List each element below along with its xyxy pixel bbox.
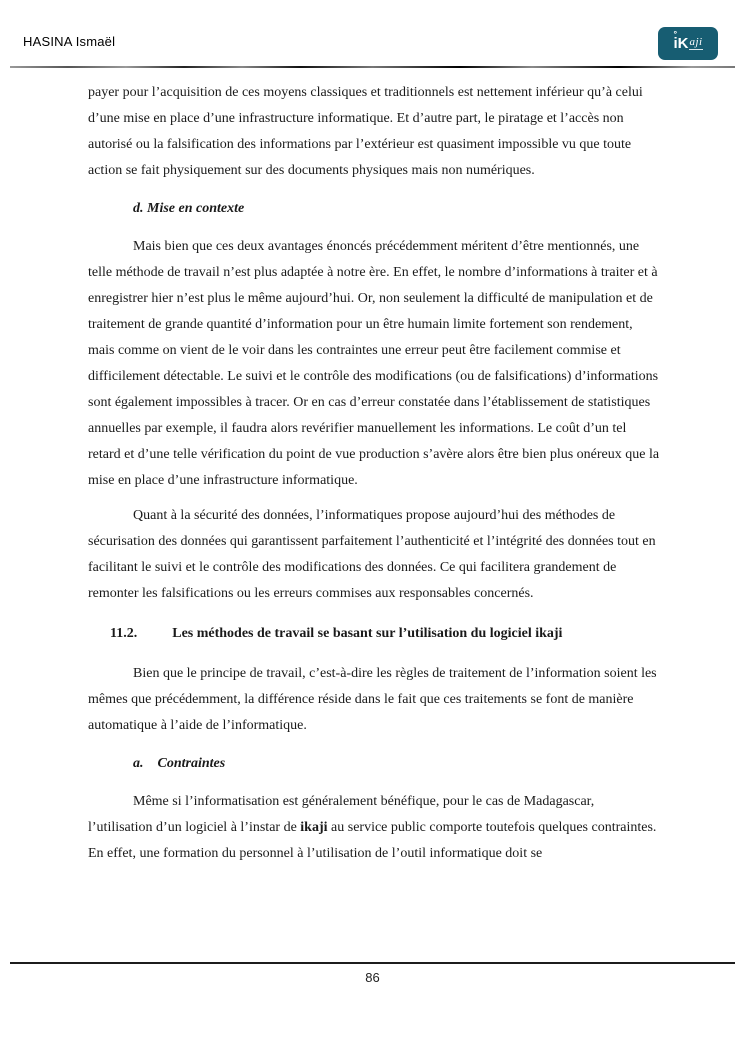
section-number: 11.2. [110,621,137,647]
footer-divider-line [10,962,735,964]
logo-text-prefix: iK [673,36,688,51]
document-page: HASINA Ismaël iK aji payer pour l’acquis… [0,0,745,1053]
heading-contraintes-letter: a. [133,751,144,777]
section-title: Les méthodes de travail se basant sur l’… [172,626,562,641]
paragraph-mise-en-contexte-1: Mais bien que ces deux avantages énoncés… [88,234,660,494]
heading-mise-en-contexte: d. Mise en contexte [133,196,660,222]
paragraph-intro: payer pour l’acquisition de ces moyens c… [88,80,660,184]
paragraph-contraintes-bold-ikaji: ikaji [300,820,327,835]
heading-contraintes: a.Contraintes [133,751,660,777]
section-heading-11-2: 11.2.Les méthodes de travail se basant s… [110,621,660,647]
ikaji-logo: iK aji [658,27,718,60]
document-body: payer pour l’acquisition de ces moyens c… [88,80,660,876]
paragraph-methodes: Bien que le principe de travail, c’est-à… [88,661,660,739]
paragraph-mise-en-contexte-2: Quant à la sécurité des données, l’infor… [88,503,660,607]
header-author-name: HASINA Ismaël [23,34,115,49]
heading-contraintes-label: Contraintes [158,756,226,771]
page-number: 86 [0,970,745,985]
logo-text-suffix: aji [689,37,702,50]
header-divider-line [10,66,735,68]
paragraph-contraintes: Même si l’informatisation est généraleme… [88,789,660,867]
